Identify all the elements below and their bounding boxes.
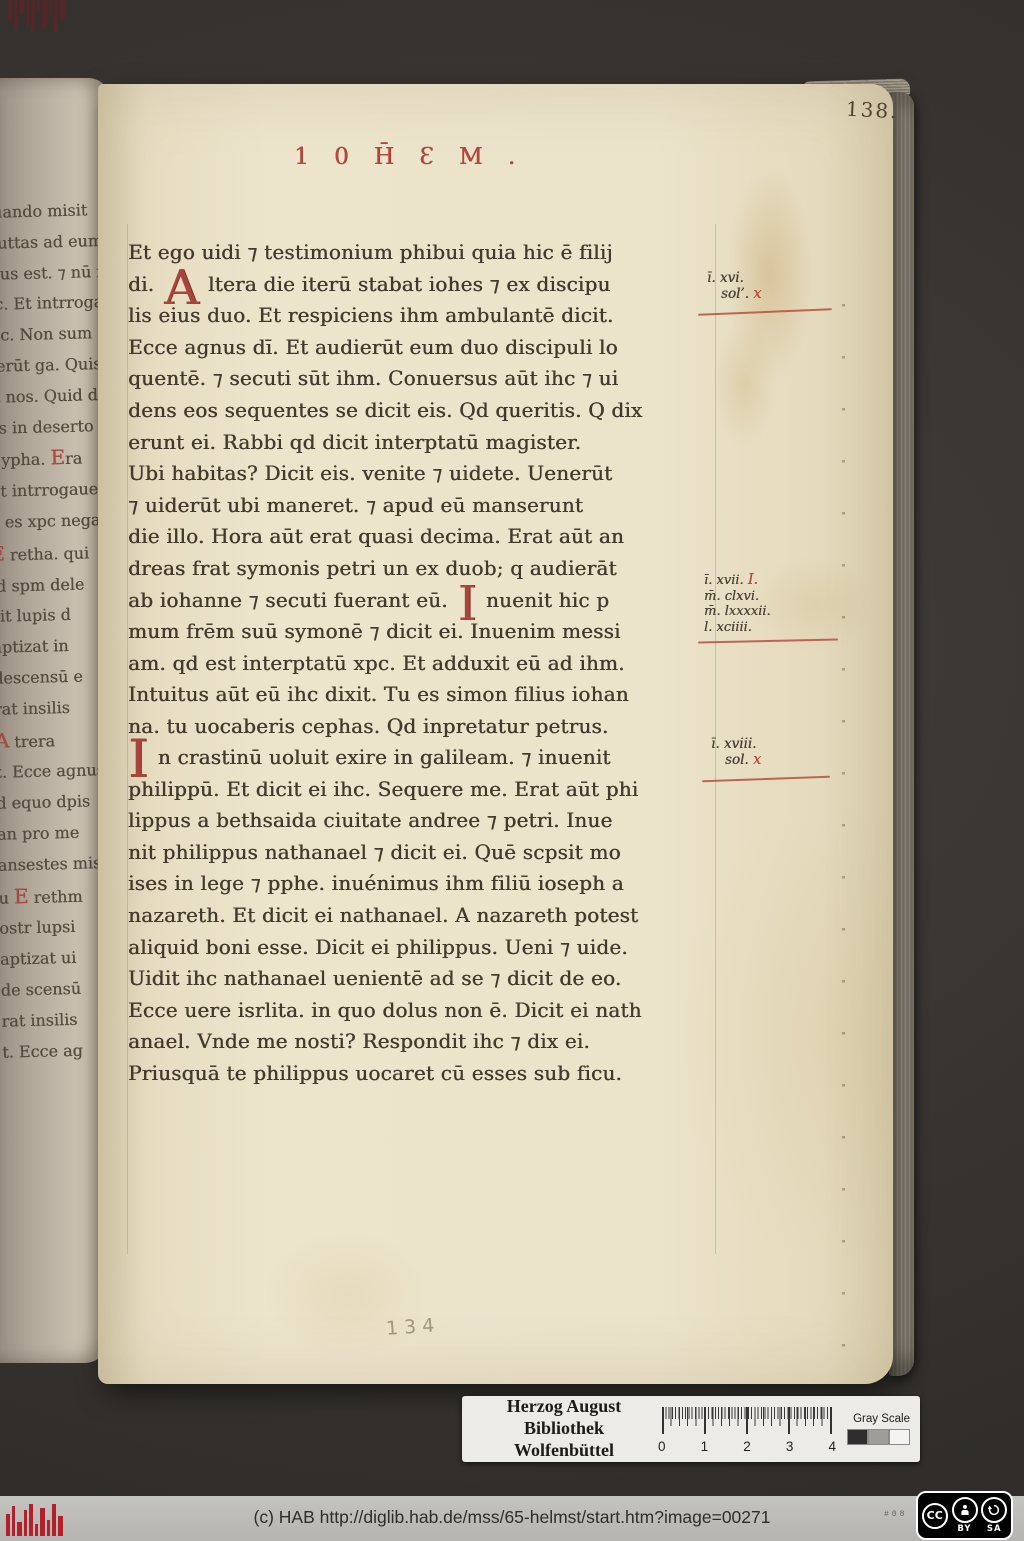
institution-line2: Wolfenbüttel bbox=[472, 1440, 656, 1462]
barcode-bar bbox=[54, 0, 58, 32]
opposite-page-line: pc. Et intrrogau bbox=[0, 287, 110, 321]
photo-stage: quando misitleuttas ad eumssus est. ⁊ nū… bbox=[0, 0, 1024, 1541]
caption-strip: (c) HAB http://diglib.hab.de/mss/65-helm… bbox=[0, 1496, 1024, 1541]
opposite-page-line: hic. Non sum bbox=[0, 317, 110, 351]
cc-logo-icon: CC bbox=[922, 1503, 948, 1529]
ruler-number: 4 bbox=[828, 1439, 836, 1454]
cc-license-badge: CC BY SA bbox=[916, 1491, 1013, 1540]
copyright-caption: (c) HAB http://diglib.hab.de/mss/65-helm… bbox=[0, 1507, 1024, 1528]
opposite-page-line: rat insilis bbox=[0, 691, 110, 725]
opposite-page-line: aptizat ui bbox=[0, 941, 110, 975]
opposite-page-line: aptizat in bbox=[0, 629, 110, 663]
manuscript-line: ises in lege ⁊ pphe. inuénimus ihm filiū… bbox=[128, 871, 642, 903]
opposite-page-line: A trera bbox=[0, 722, 110, 758]
manuscript-line: am. qd est interptatū xpc. Et adduxit eū… bbox=[128, 651, 642, 683]
manuscript-line: dreas frat symonis petri un ex duob; q a… bbox=[128, 556, 642, 588]
opposite-page-line: tis in deserto d bbox=[0, 410, 110, 444]
manuscript-line: mum frēm suū symonē ⁊ dicit ei. Inuenim … bbox=[128, 619, 642, 651]
red-underline-2 bbox=[698, 639, 838, 644]
share-alike-arrow-icon bbox=[981, 1497, 1007, 1523]
opposite-page-line: ostr lupsi bbox=[0, 910, 110, 944]
red-underline-1 bbox=[698, 308, 832, 316]
opposite-page-line: leuttas ad eum bbox=[0, 225, 110, 259]
barcode-bar bbox=[37, 0, 40, 12]
manuscript-page: 138. 1 0 H̄ Ɛ M . Et ego uidi ⁊ testimon… bbox=[98, 84, 893, 1384]
margin-note-line: m̄. clxvi. bbox=[704, 589, 771, 605]
frame-marker: #08 bbox=[884, 1510, 907, 1519]
manuscript-line: Intuitus aūt eū ihc dixit. Tu es simon f… bbox=[128, 682, 642, 714]
manuscript-line: nit philippus nathanael ⁊ dicit ei. Quē … bbox=[128, 840, 642, 872]
barcode-bar bbox=[42, 0, 47, 28]
cc-by-label: BY bbox=[957, 1525, 971, 1534]
opposite-page-line: ansestes mis bbox=[0, 847, 110, 881]
cc-sa: SA bbox=[981, 1497, 1007, 1534]
ruler-number: 1 bbox=[701, 1439, 709, 1454]
swatch-mid bbox=[868, 1429, 889, 1445]
margin-note-line: m̄. lxxxxii. bbox=[704, 604, 771, 620]
manuscript-line: Ubi habitas? Dicit eis. venite ⁊ uidete.… bbox=[128, 461, 642, 493]
ruler-number: 3 bbox=[786, 1439, 794, 1454]
opposite-page-line: herūt ga. Quis es bbox=[0, 348, 110, 382]
gray-scale-patch: Gray Scale bbox=[844, 1413, 910, 1445]
opposite-page-line: s ypha. Era bbox=[0, 441, 110, 477]
opposite-page-line: ssus est. ⁊ nū neg bbox=[0, 256, 110, 290]
library-calibration-label: Herzog August Bibliothek Wolfenbüttel 01… bbox=[462, 1396, 920, 1462]
margin-note-line: ī. xvi. bbox=[707, 270, 761, 286]
barcode-bar bbox=[31, 0, 35, 32]
manuscript-line: Ecce agnus dī. Et audierūt eum duo disci… bbox=[128, 335, 642, 367]
opposite-page-line: rat insilis bbox=[1, 1003, 110, 1037]
manuscript-line: Ecce uere isrlita. in quo dolus non ē. D… bbox=[128, 998, 642, 1030]
pricking-holes bbox=[842, 304, 845, 1354]
manuscript-line: na. tu uocaberis cephas. Qd inpretatur p… bbox=[128, 714, 642, 746]
measurement-ruler: 01234 bbox=[662, 1404, 832, 1454]
folio-number: 138. bbox=[845, 97, 899, 124]
attribution-person-icon bbox=[952, 1497, 978, 1523]
margin-note-line: ī. xvii. I. bbox=[704, 573, 771, 589]
opposite-page-line: sit lupis d bbox=[0, 599, 110, 633]
margin-note-2: ī. xvii. I.m̄. clxvi.m̄. lxxxxii.l. xcii… bbox=[704, 573, 771, 635]
manuscript-line: aliquid boni esse. Dicit ei philippus. U… bbox=[128, 935, 642, 967]
swatch-light bbox=[889, 1429, 910, 1445]
margin-note-line: ī. xviii. bbox=[711, 736, 761, 752]
opposite-page-edge: quando misitleuttas ad eumssus est. ⁊ nū… bbox=[0, 78, 110, 1363]
manuscript-line: di.Altera die iterū stabat iohes ⁊ ex di… bbox=[128, 272, 642, 304]
barcode-bar bbox=[49, 0, 52, 16]
opposite-page-line: Et intrrogauer bbox=[0, 473, 110, 507]
ruler-numbers: 01234 bbox=[658, 1439, 836, 1454]
ruler-number: 2 bbox=[743, 1439, 751, 1454]
cc-logo: CC bbox=[922, 1503, 948, 1529]
manuscript-line: Et ego uidi ⁊ testimonium phibui quia hi… bbox=[128, 240, 642, 272]
opposite-page-line: E retha. qui bbox=[0, 535, 110, 571]
manuscript-line: ⁊ uiderūt ubi maneret. ⁊ apud eū manseru… bbox=[128, 493, 642, 525]
manuscript-line: nazareth. Et dicit ei nathanael. A nazar… bbox=[128, 903, 642, 935]
ruler-major-ticks bbox=[662, 1407, 832, 1434]
manuscript-line: erunt ei. Rabbi qd dicit interptatū magi… bbox=[128, 430, 642, 462]
margin-note-line: l. xciiii. bbox=[704, 620, 771, 636]
barcode-bar bbox=[19, 0, 24, 14]
manuscript-line: dens eos sequentes se dicit eis. Qd quer… bbox=[128, 398, 642, 430]
manuscript-line: die illo. Hora aūt erat quasi decima. Er… bbox=[128, 524, 642, 556]
institution-name: Herzog August Bibliothek Wolfenbüttel bbox=[472, 1396, 656, 1462]
barcode-bar bbox=[60, 0, 65, 20]
gray-scale-swatches bbox=[844, 1429, 910, 1445]
opposite-page-text: quando misitleuttas ad eumssus est. ⁊ nū… bbox=[0, 194, 110, 1068]
manuscript-line: lippus a bethsaida ciuitate andree ⁊ pet… bbox=[128, 808, 642, 840]
rubric-heading: 1 0 H̄ Ɛ M . bbox=[294, 144, 522, 170]
opposite-page-line: descensū e bbox=[0, 660, 110, 694]
pencil-foliation: 134 bbox=[385, 1314, 441, 1340]
opposite-page-line: ū es xpc nega bbox=[0, 504, 110, 538]
barcode-bar bbox=[26, 0, 29, 26]
gray-scale-label: Gray Scale bbox=[844, 1413, 910, 1425]
swatch-dark bbox=[847, 1429, 868, 1445]
manuscript-line: anael. Vnde me nosti? Respondit ihc ⁊ di… bbox=[128, 1029, 642, 1061]
manuscript-line: Uidit ihc nathanael uenientē ad se ⁊ dic… bbox=[128, 966, 642, 998]
manuscript-line: In crastinū uoluit exire in galileam. ⁊ … bbox=[128, 745, 642, 777]
opposite-page-line: rt nos. Quid di bbox=[0, 379, 110, 413]
margin-note-1: ī. xvi.sol’. x bbox=[707, 270, 761, 302]
opposite-page-line: d equo dpis bbox=[0, 785, 110, 819]
manuscript-line: Priusquā te philippus uocaret cū esses s… bbox=[128, 1061, 642, 1093]
manuscript-line: ab iohanne ⁊ secuti fuerant eū.Inuenit h… bbox=[128, 588, 642, 620]
text-block-1: Et ego uidi ⁊ testimonium phibui quia hi… bbox=[128, 240, 642, 746]
opposite-page-line: de scensū bbox=[0, 972, 110, 1006]
margin-note-3: ī. xviii.sol. x bbox=[711, 736, 761, 768]
manuscript-line: philippū. Et dicit ei ihc. Sequere me. E… bbox=[128, 777, 642, 809]
opposite-page-line: an pro me bbox=[0, 816, 110, 850]
barcode-bar bbox=[14, 0, 17, 30]
margin-note-line: sol’. x bbox=[707, 286, 761, 302]
opposite-page-line: t. Ecce agnus bbox=[0, 754, 110, 788]
ruler-number: 0 bbox=[658, 1439, 666, 1454]
opposite-page-line: id spm dele bbox=[0, 568, 110, 602]
text-block-2: In crastinū uoluit exire in galileam. ⁊ … bbox=[128, 745, 642, 1093]
red-underline-3 bbox=[702, 776, 830, 782]
opposite-page-line: quando misit bbox=[0, 194, 110, 228]
barcode-bar bbox=[8, 0, 12, 22]
manuscript-line: quentē. ⁊ secuti sūt ihm. Conuersus aūt … bbox=[128, 366, 642, 398]
margin-note-line: sol. x bbox=[711, 752, 761, 768]
cc-sa-label: SA bbox=[987, 1525, 1002, 1534]
cc-by: BY bbox=[952, 1497, 978, 1534]
institution-line1: Herzog August Bibliothek bbox=[472, 1396, 656, 1440]
opposite-page-line: u E rethm bbox=[0, 878, 110, 914]
opposite-page-line: t. Ecce ag bbox=[2, 1034, 110, 1068]
color-calibration-barcode-top bbox=[8, 0, 65, 22]
manuscript-line: lis eius duo. Et respiciens ihm ambulant… bbox=[128, 303, 642, 335]
